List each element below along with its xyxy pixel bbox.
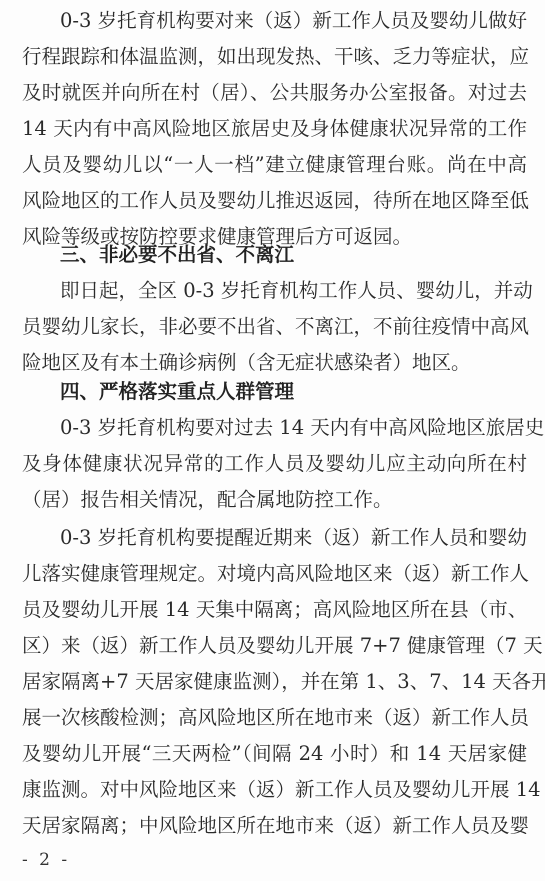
paragraph-line: 行程跟踪和体温监测，如出现发热、干咳、乏力等症状，应 <box>22 39 527 75</box>
paragraph-line: 及身体健康状况异常的工作人员及婴幼儿应主动向所在村 <box>22 446 527 482</box>
paragraph-line: 人员及婴幼儿以“一人一档”建立健康管理台账。尚在中高 <box>22 147 527 183</box>
paragraph-line: 14 天内有中高风险地区旅居史及身体健康状况异常的工作 <box>22 111 527 147</box>
page-number: - 2 - <box>22 848 70 872</box>
section-heading-3: 三、非必要不出省、不离江 <box>60 237 545 273</box>
paragraph-line: 员及婴幼儿开展 14 天集中隔离；高风险地区所在县（市、 <box>22 592 527 628</box>
section-heading-4: 四、严格落实重点人群管理 <box>60 374 545 410</box>
document-page: 0-3 岁托育机构要对来（返）新工作人员及婴幼儿做好 行程跟踪和体温监测，如出现… <box>0 0 545 881</box>
paragraph-line: 儿落实健康管理规定。对境内高风险地区来（返）新工作人 <box>22 556 527 592</box>
paragraph-line: （居）报告相关情况，配合属地防控工作。 <box>22 482 527 518</box>
paragraph-line: 及婴幼儿开展“三天两检”（间隔 24 小时）和 14 天居家健 <box>22 736 527 772</box>
scan-speck <box>514 206 516 208</box>
paragraph-line: 区）来（返）新工作人员及婴幼儿开展 7+7 健康管理（7 天 <box>22 628 527 664</box>
paragraph-line: 天居家隔离；中风险地区所在地市来（返）新工作人员及婴 <box>22 808 527 844</box>
paragraph-line: 员婴幼儿家长，非必要不出省、不离江，不前往疫情中高风 <box>22 309 527 345</box>
paragraph-line: 即日起，全区 0-3 岁托育机构工作人员、婴幼儿，并动 <box>60 273 527 309</box>
paragraph-line: 展一次核酸检测；高风险地区所在地市来（返）新工作人员 <box>22 700 527 736</box>
paragraph-line: 0-3 岁托育机构要提醒近期来（返）新工作人员和婴幼 <box>60 520 527 556</box>
paragraph-line: 居家隔离+7 天居家健康监测），并在第 1、3、7、14 天各开 <box>22 664 527 700</box>
paragraph-line: 及时就医并向所在村（居）、公共服务办公室报备。对过去 <box>22 75 527 111</box>
paragraph-line: 0-3 岁托育机构要对过去 14 天内有中高风险地区旅居史 <box>60 410 527 446</box>
paragraph-line: 风险地区的工作人员及婴幼儿推迟返园，待所在地区降至低 <box>22 183 527 219</box>
paragraph-line: 康监测。对中风险地区来（返）新工作人员及婴幼儿开展 14 <box>22 772 527 808</box>
paragraph-line: 0-3 岁托育机构要对来（返）新工作人员及婴幼儿做好 <box>60 3 527 39</box>
